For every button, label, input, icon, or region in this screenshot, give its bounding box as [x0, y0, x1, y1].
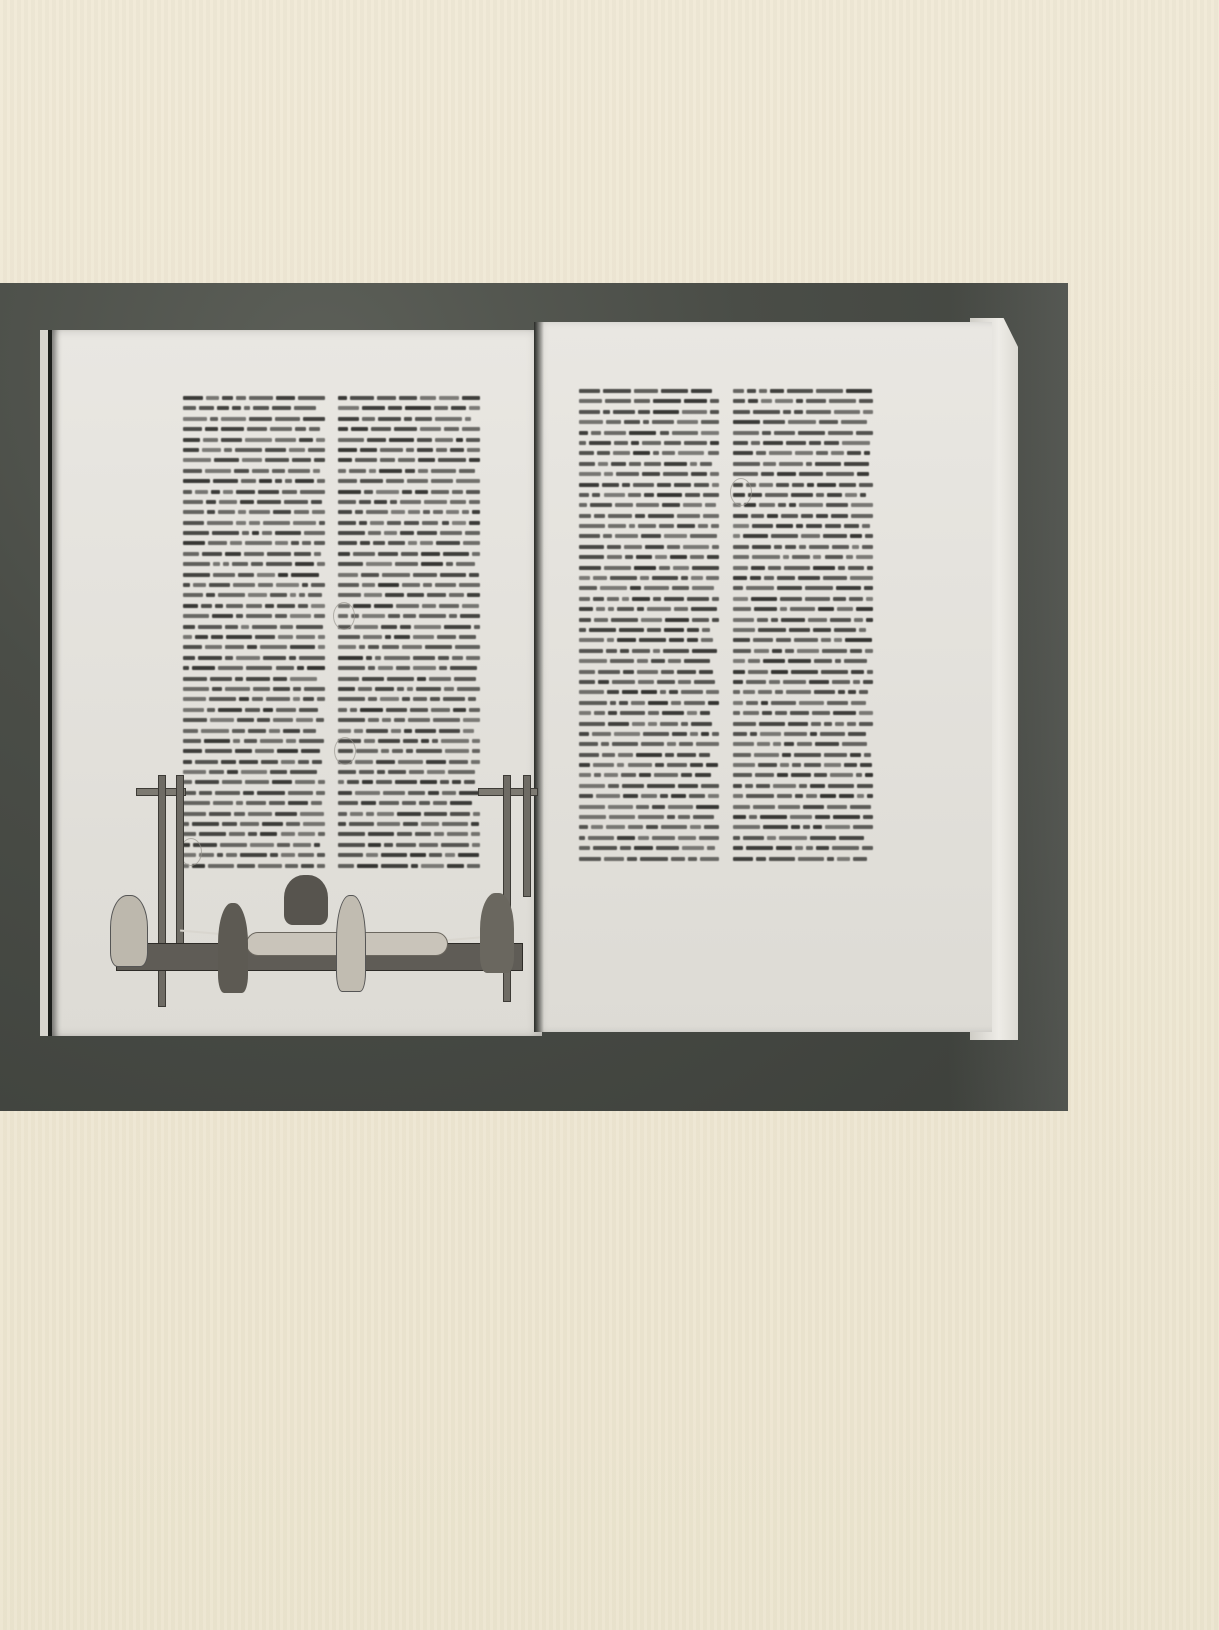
script-line — [733, 417, 873, 427]
script-line — [579, 687, 719, 697]
decorated-initial — [334, 737, 356, 765]
script-line — [733, 822, 873, 832]
script-line — [579, 490, 719, 500]
script-line — [579, 480, 719, 490]
script-line — [579, 459, 719, 469]
script-line — [579, 760, 719, 770]
script-line — [338, 518, 480, 528]
script-line — [338, 549, 480, 559]
script-line — [579, 698, 719, 708]
script-line — [579, 625, 719, 635]
script-line — [338, 570, 480, 580]
script-line — [183, 642, 325, 652]
script-line — [183, 466, 325, 476]
script-line — [579, 729, 719, 739]
script-line — [579, 656, 719, 666]
attendant-figure — [336, 895, 366, 992]
decorated-initial — [730, 478, 752, 506]
script-line — [733, 687, 873, 697]
script-line — [733, 677, 873, 687]
script-line — [338, 705, 480, 715]
attendant-figure — [480, 893, 514, 973]
script-line — [579, 781, 719, 791]
script-line — [733, 781, 873, 791]
script-line — [183, 549, 325, 559]
script-line — [338, 559, 480, 569]
script-line — [183, 757, 325, 767]
script-line — [338, 642, 480, 652]
script-line — [733, 407, 873, 417]
script-line — [733, 552, 873, 562]
script-line — [733, 615, 873, 625]
script-line — [338, 435, 480, 445]
script-line — [338, 715, 480, 725]
script-line — [579, 511, 719, 521]
script-line — [183, 403, 325, 413]
script-line — [338, 497, 480, 507]
script-line — [579, 677, 719, 687]
script-line — [183, 414, 325, 424]
script-line — [183, 518, 325, 528]
frame-post — [158, 775, 166, 1007]
script-line — [579, 521, 719, 531]
script-line — [183, 715, 325, 725]
script-line — [733, 428, 873, 438]
script-line — [183, 653, 325, 663]
script-line — [579, 428, 719, 438]
physician-figure — [284, 875, 328, 925]
script-line — [338, 622, 480, 632]
traction-table-illustration — [108, 775, 533, 1035]
script-line — [338, 663, 480, 673]
frame-post — [176, 775, 184, 967]
script-line — [579, 812, 719, 822]
script-line — [338, 590, 480, 600]
script-line — [338, 487, 480, 497]
script-line — [338, 507, 480, 517]
script-line — [733, 594, 873, 604]
script-line — [579, 531, 719, 541]
script-line — [183, 684, 325, 694]
script-line — [733, 542, 873, 552]
script-line — [183, 736, 325, 746]
script-line — [183, 487, 325, 497]
script-line — [733, 833, 873, 843]
script-line — [733, 791, 873, 801]
script-line — [579, 635, 719, 645]
script-line — [733, 573, 873, 583]
script-line — [183, 674, 325, 684]
script-line — [579, 646, 719, 656]
script-line — [733, 448, 873, 458]
script-line — [733, 770, 873, 780]
script-line — [338, 476, 480, 486]
script-line — [183, 476, 325, 486]
script-line — [579, 667, 719, 677]
script-line — [733, 635, 873, 645]
script-line — [733, 531, 873, 541]
script-line — [338, 726, 480, 736]
script-line — [733, 760, 873, 770]
script-line — [733, 563, 873, 573]
script-line — [183, 694, 325, 704]
script-line — [579, 448, 719, 458]
script-line — [579, 573, 719, 583]
script-line — [579, 843, 719, 853]
script-line — [183, 726, 325, 736]
script-line — [733, 386, 873, 396]
script-line — [183, 559, 325, 569]
script-line — [579, 407, 719, 417]
script-line — [579, 552, 719, 562]
attendant-figure — [110, 895, 148, 967]
script-line — [733, 646, 873, 656]
script-line — [183, 393, 325, 403]
script-line — [733, 739, 873, 749]
script-line — [733, 480, 873, 490]
script-line — [579, 594, 719, 604]
script-line — [338, 403, 480, 413]
script-line — [579, 708, 719, 718]
script-line — [733, 729, 873, 739]
script-line — [183, 601, 325, 611]
script-line — [733, 459, 873, 469]
script-line — [338, 414, 480, 424]
script-line — [183, 435, 325, 445]
script-line — [183, 632, 325, 642]
script-line — [183, 705, 325, 715]
script-line — [338, 528, 480, 538]
script-line — [579, 822, 719, 832]
script-line — [338, 694, 480, 704]
script-line — [579, 542, 719, 552]
script-line — [183, 455, 325, 465]
script-line — [733, 802, 873, 812]
attendant-figure — [218, 903, 248, 993]
script-line — [579, 750, 719, 760]
script-line — [338, 455, 480, 465]
script-line — [579, 791, 719, 801]
script-line — [183, 746, 325, 756]
script-line — [183, 590, 325, 600]
script-line — [183, 663, 325, 673]
script-line — [579, 604, 719, 614]
script-line — [338, 632, 480, 642]
script-line — [338, 601, 480, 611]
script-line — [733, 843, 873, 853]
script-line — [579, 469, 719, 479]
script-line — [733, 625, 873, 635]
script-line — [733, 750, 873, 760]
script-line — [733, 438, 873, 448]
script-line — [183, 528, 325, 538]
script-line — [733, 583, 873, 593]
script-line — [338, 736, 480, 746]
script-line — [579, 396, 719, 406]
script-line — [338, 580, 480, 590]
script-line — [733, 656, 873, 666]
script-line — [183, 611, 325, 621]
script-line — [579, 719, 719, 729]
script-line — [579, 739, 719, 749]
script-line — [579, 802, 719, 812]
script-line — [338, 653, 480, 663]
script-line — [733, 396, 873, 406]
frame-post — [523, 775, 531, 897]
decorated-initial — [333, 602, 355, 630]
script-line — [733, 812, 873, 822]
book-gutter — [534, 322, 544, 1032]
script-line — [733, 490, 873, 500]
script-line — [183, 580, 325, 590]
script-line — [338, 538, 480, 548]
script-line — [579, 563, 719, 573]
script-line — [733, 698, 873, 708]
right-page-column-2 — [733, 386, 873, 864]
script-line — [579, 583, 719, 593]
script-line — [579, 770, 719, 780]
script-line — [733, 521, 873, 531]
script-line — [338, 611, 480, 621]
script-line — [338, 746, 480, 756]
right-page-column-1 — [579, 386, 719, 864]
script-line — [183, 497, 325, 507]
script-line — [183, 570, 325, 580]
script-line — [338, 674, 480, 684]
script-line — [183, 424, 325, 434]
script-line — [579, 500, 719, 510]
script-line — [183, 538, 325, 548]
script-line — [338, 393, 480, 403]
script-line — [338, 466, 480, 476]
script-line — [733, 708, 873, 718]
script-line — [338, 445, 480, 455]
script-line — [579, 854, 719, 864]
script-line — [579, 386, 719, 396]
script-line — [733, 667, 873, 677]
script-line — [579, 833, 719, 843]
script-line — [338, 757, 480, 767]
script-line — [733, 604, 873, 614]
script-line — [183, 507, 325, 517]
script-line — [733, 854, 873, 864]
script-line — [733, 511, 873, 521]
script-line — [183, 445, 325, 455]
script-line — [733, 500, 873, 510]
script-line — [579, 615, 719, 625]
script-line — [338, 424, 480, 434]
script-line — [579, 438, 719, 448]
script-line — [338, 684, 480, 694]
script-line — [183, 622, 325, 632]
script-line — [733, 469, 873, 479]
script-line — [579, 417, 719, 427]
script-line — [733, 719, 873, 729]
